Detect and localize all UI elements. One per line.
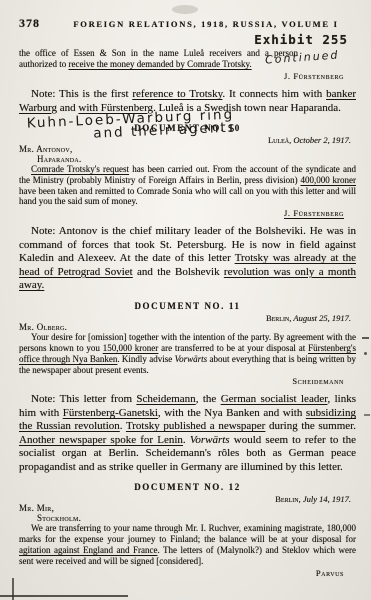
scan-artifact-left-streak <box>12 578 14 600</box>
document-11-addressee: Mr. Olberg. <box>19 323 356 333</box>
document-12-signature: Parvus <box>19 568 344 578</box>
page-number: 378 <box>19 16 40 31</box>
document-12-dateline: Berlin, July 14, 1917. <box>19 494 351 504</box>
editor-note-2: Note: Antonov is the chief military lead… <box>19 225 356 293</box>
document-10-signature: J. Fürstenberg <box>19 208 344 218</box>
document-12-heading: DOCUMENT NO. 12 <box>19 482 356 492</box>
scan-artifact-bottom-line <box>0 595 128 597</box>
document-10-body: Comrade Trotsky's request has been carri… <box>19 164 356 207</box>
document-11-dateline: Berlin, August 25, 1917. <box>19 313 351 323</box>
scan-artifact-right-dash <box>362 337 369 339</box>
scan-artifact-right-dot <box>364 352 367 355</box>
document-11-heading: DOCUMENT NO. 11 <box>19 301 356 311</box>
page-header: 378 FOREIGN RELATIONS, 1918, RUSSIA, VOL… <box>19 16 356 31</box>
document-12-body: We are transferring to your name through… <box>19 523 356 566</box>
exhibit-stamp: Exhibit 255 <box>19 32 348 47</box>
running-title: FOREIGN RELATIONS, 1918, RUSSIA, VOLUME … <box>60 19 356 29</box>
document-10: DOCUMENT NO. 10 Kuhn-Loeb-Warburg ring a… <box>19 123 356 218</box>
document-11: DOCUMENT NO. 11 Berlin, August 25, 1917.… <box>19 301 356 387</box>
document-10-addressee-place: Haparanda. <box>37 155 356 165</box>
scan-artifact-right-dash-2 <box>364 414 370 416</box>
document-12-addressee-place: Stockholm. <box>37 514 356 524</box>
editor-note-3: Note: This letter from Scheidemann, the … <box>19 393 356 474</box>
document-11-body: Your desire for [omission] together with… <box>19 332 356 375</box>
document-11-signature: Scheidemann <box>19 376 344 386</box>
scanned-page: 378 FOREIGN RELATIONS, 1918, RUSSIA, VOL… <box>0 0 371 600</box>
scan-artifact-smudge <box>172 5 198 14</box>
signature-furstenberg-intro: J. Fürstenberg <box>19 71 344 81</box>
document-12: DOCUMENT NO. 12 Berlin, July 14, 1917. M… <box>19 482 356 577</box>
